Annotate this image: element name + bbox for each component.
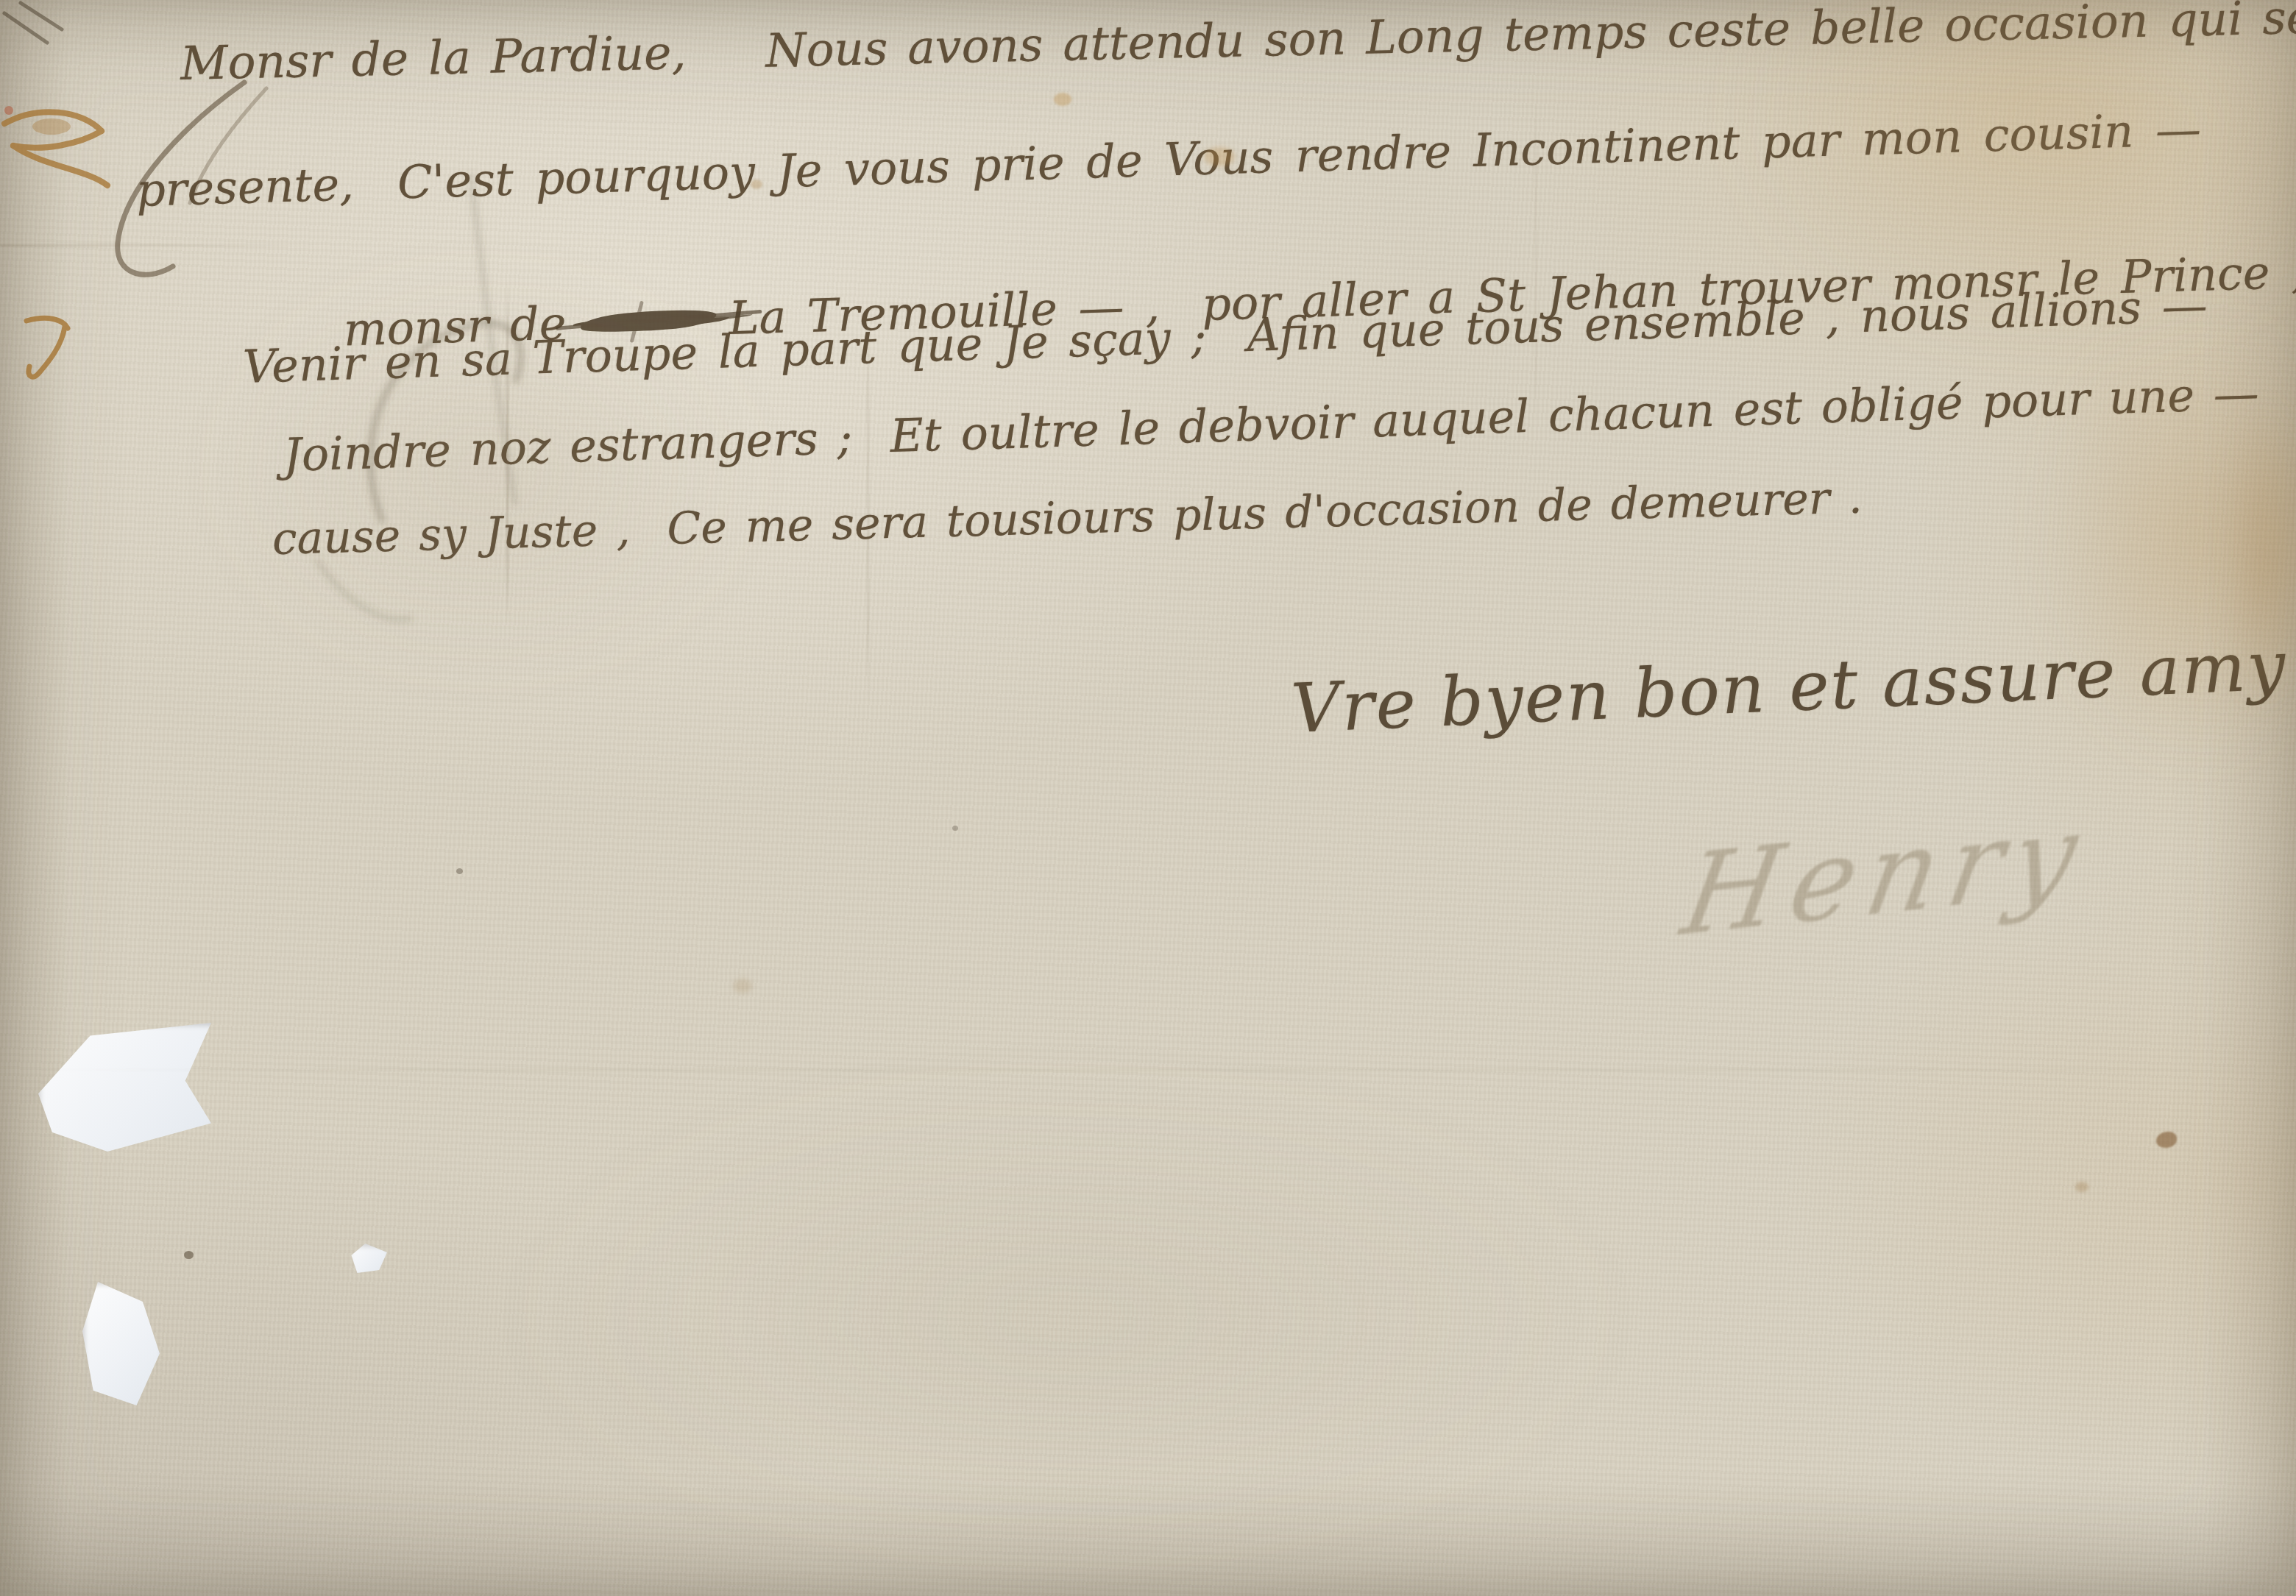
- manuscript-photo: Monsr de la Pardiue, Nous avons attendu …: [0, 0, 2296, 1596]
